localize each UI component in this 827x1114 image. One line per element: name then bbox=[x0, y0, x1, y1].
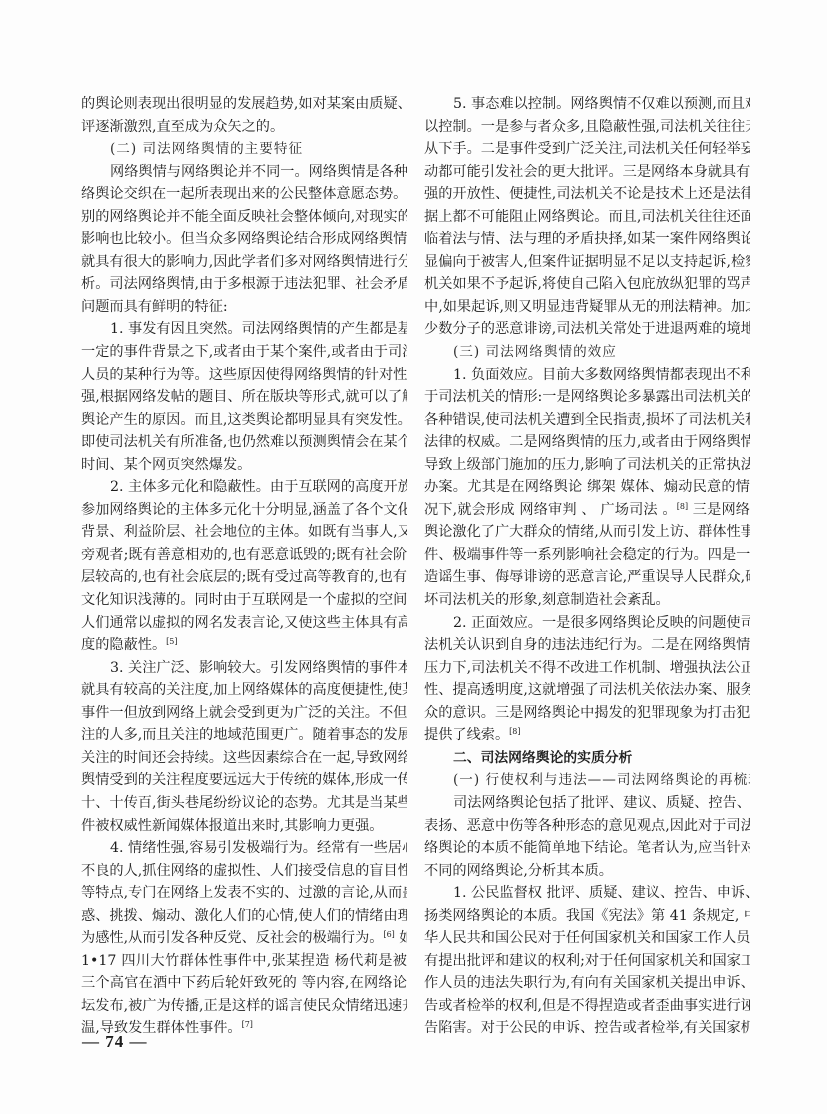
paragraph-last-line: 评逐渐激烈,直至成为众矢之的。 bbox=[81, 116, 407, 139]
line-text: 各种错误,使司法机关遭到全民指责,损坏了司法机关和 bbox=[424, 412, 750, 428]
citation-ref: [7] bbox=[242, 1020, 253, 1029]
text-line: 显偏向于被害人,但案件证据明显不足以支持起诉,检察 bbox=[424, 251, 750, 274]
paragraph-first-line: 3. 关注广泛、影响较大。引发网络舆情的事件本身 bbox=[81, 657, 407, 680]
line-text: 评逐渐激烈,直至成为众矢之的。 bbox=[81, 119, 284, 135]
line-text: 舆论激化了广大群众的情绪,从而引发上访、群体性事 bbox=[424, 524, 750, 540]
line-text: 背景、利益阶层、社会地位的主体。如既有当事人,又有 bbox=[81, 524, 407, 540]
text-line: 关注的时间还会持续。这些因素综合在一起,导致网络 bbox=[81, 747, 407, 770]
text-line: 华人民共和国公民对于任何国家机关和国家工作人员, bbox=[424, 927, 750, 950]
line-text: 就具有较高的关注度,加上网络媒体的高度便捷性,使某 bbox=[81, 682, 407, 698]
text-line: 临着法与情、法与理的矛盾抉择,如某一案件网络舆论明 bbox=[424, 228, 750, 251]
text-line: 就具有较高的关注度,加上网络媒体的高度便捷性,使某 bbox=[81, 679, 407, 702]
section-subheading: (二) 司法网络舆情的主要特征 bbox=[81, 138, 407, 161]
text-line: 等特点,专门在网络上发表不实的、过激的言论,从而蛊 bbox=[81, 882, 407, 905]
line-text: 告或者检举的权利,但是不得捏造或者歪曲事实进行诬 bbox=[424, 998, 750, 1014]
line-text: 4. 情绪性强,容易引发极端行为。经常有一些居心 bbox=[110, 840, 407, 856]
line-text: 临着法与情、法与理的矛盾抉择,如某一案件网络舆论明 bbox=[424, 231, 750, 247]
text-line: 注的人多,而且关注的地域范围更广。随着事态的发展, bbox=[81, 724, 407, 747]
text-line: 于司法机关的情形:一是网络舆论多暴露出司法机关的 bbox=[424, 386, 750, 409]
text-line: 众的意识。三是网络舆论中揭发的犯罪现象为打击犯罪 bbox=[424, 702, 750, 725]
paragraph-first-line: 2. 主体多元化和隐蔽性。由于互联网的高度开放性, bbox=[81, 476, 407, 499]
section-heading: 二、司法网络舆论的实质分析 bbox=[424, 747, 750, 770]
line-text: 参加网络舆论的主体多元化十分明显,涵盖了各个文化 bbox=[81, 502, 407, 518]
right-column: 5. 事态难以控制。网络舆情不仅难以预测,而且难以控制。一是参与者众多,且隐蔽性… bbox=[424, 93, 750, 1040]
text-line: 压力下,司法机关不得不改进工作机制、增强执法公正 bbox=[424, 657, 750, 680]
line-text: 华人民共和国公民对于任何国家机关和国家工作人员, bbox=[424, 930, 750, 946]
citation-ref: [8] bbox=[509, 727, 520, 736]
line-text: 坛发布,被广为传播,正是这样的谣言使民众情绪迅速升 bbox=[81, 998, 407, 1014]
line-text: (一) 行使权利与违法——司法网络舆论的再梳理 bbox=[453, 772, 750, 788]
section-subheading: (三) 司法网络舆情的效应 bbox=[424, 341, 750, 364]
line-text: 作人员的违法失职行为,有向有关国家机关提出申诉、控 bbox=[424, 975, 750, 991]
line-text: 有提出批评和建议的权利;对于任何国家机关和国家工 bbox=[424, 953, 750, 969]
line-text: 二、司法网络舆论的实质分析 bbox=[453, 750, 632, 766]
line-text: 办案。尤其是在网络舆论 绑架 媒体、煽动民意的情 bbox=[424, 479, 750, 495]
text-line: 法律的权威。二是网络舆情的压力,或者由于网络舆情 bbox=[424, 431, 750, 454]
text-line: 据上都不可能阻止网络舆论。而且,司法机关往往还面 bbox=[424, 206, 750, 229]
text-line: 告或者检举的权利,但是不得捏造或者歪曲事实进行诬 bbox=[424, 995, 750, 1018]
citation-ref: [5] bbox=[166, 637, 177, 646]
text-line: 影响也比较小。但当众多网络舆论结合形成网络舆情, bbox=[81, 228, 407, 251]
line-text: 据上都不可能阻止网络舆论。而且,司法机关往往还面 bbox=[424, 209, 750, 225]
line-text: 的舆论则表现出很明显的发展趋势,如对某案由质疑、批 bbox=[81, 96, 407, 112]
line-text: 1. 公民监督权 批评、质疑、建议、控告、申诉、表 bbox=[453, 885, 750, 901]
paragraph-last-line: 度的隐蔽性。[5] bbox=[81, 634, 407, 657]
line-text: 以控制。一是参与者众多,且隐蔽性强,司法机关往往无 bbox=[424, 119, 750, 135]
paragraph-last-line: 不同的网络舆论,分析其本质。 bbox=[424, 860, 750, 883]
line-text: 动都可能引发社会的更大批评。三是网络本身就具有很 bbox=[424, 164, 750, 180]
line-text: 显偏向于被害人,但案件证据明显不足以支持起诉,检察 bbox=[424, 254, 750, 270]
text-line: 中,如果起诉,则又明显违背疑罪从无的刑法精神。加之 bbox=[424, 296, 750, 319]
line-text: 机关如果不予起诉,将使自己陷入包庇放纵犯罪的骂声 bbox=[424, 276, 750, 292]
line-text: 事件一但放到网络上就会受到更为广泛的关注。不但关 bbox=[81, 705, 407, 721]
text-line: 层较高的,也有社会底层的;既有受过高等教育的,也有 bbox=[81, 566, 407, 589]
text-line: 人们通常以虚拟的网名发表言论,又使这些主体具有高 bbox=[81, 612, 407, 635]
line-text: 众的意识。三是网络舆论中揭发的犯罪现象为打击犯罪 bbox=[424, 705, 750, 721]
line-text: 导致上级部门施加的压力,影响了司法机关的正常执法 bbox=[424, 457, 750, 473]
paragraph-first-line: 网络舆情与网络舆论并不同一。网络舆情是各种网 bbox=[81, 161, 407, 184]
text-line: 事件一但放到网络上就会受到更为广泛的关注。不但关 bbox=[81, 702, 407, 725]
line-text: 舆论产生的原因。而且,这类舆论都明显具有突发性。 bbox=[81, 412, 407, 428]
line-text: 1. 负面效应。目前大多数网络舆情都表现出不利 bbox=[453, 367, 750, 383]
paragraph-last-line: 问题而具有鲜明的特征: bbox=[81, 296, 407, 319]
text-line: 强,根据网络发帖的题目、所在版块等形式,就可以了解 bbox=[81, 386, 407, 409]
line-text: 告陷害。对于公民的申诉、控告或者检举,有关国家机关 bbox=[424, 1020, 750, 1036]
line-text: 就具有很大的影响力,因此学者们多对网络舆情进行分 bbox=[81, 254, 407, 270]
text-line: 背景、利益阶层、社会地位的主体。如既有当事人,又有 bbox=[81, 521, 407, 544]
line-text: 表扬、恶意中伤等各种形态的意见观点,因此对于司法网 bbox=[424, 818, 750, 834]
text-line: 作人员的违法失职行为,有向有关国家机关提出申诉、控 bbox=[424, 972, 750, 995]
paragraph-first-line: 司法网络舆论包括了批评、建议、质疑、控告、申诉、 bbox=[424, 792, 750, 815]
text-line: 即使司法机关有所准备,也仍然难以预测舆情会在某个 bbox=[81, 431, 407, 454]
text-line: 不良的人,抓住网络的虚拟性、人们接受信息的盲目性 bbox=[81, 860, 407, 883]
line-text: 为感性,从而引发各种反党、反社会的极端行为。[6] 如在 bbox=[81, 930, 407, 946]
line-text: 性、提高透明度,这就增强了司法机关依法办案、服务群 bbox=[424, 682, 750, 698]
line-text: 件、极端事件等一系列影响社会稳定的行为。四是一些 bbox=[424, 547, 750, 563]
paragraph-last-line: 坏司法机关的形象,刻意制造社会紊乱。 bbox=[424, 589, 750, 612]
line-text: 人员的某种行为等。这些原因使得网络舆情的针对性很 bbox=[81, 367, 407, 383]
line-text: 不同的网络舆论,分析其本质。 bbox=[424, 863, 613, 879]
text-line: 性、提高透明度,这就增强了司法机关依法办案、服务群 bbox=[424, 679, 750, 702]
text-line: 动都可能引发社会的更大批评。三是网络本身就具有很 bbox=[424, 161, 750, 184]
line-text: 一定的事件背景之下,或者由于某个案件,或者由于司法 bbox=[81, 344, 407, 360]
text-line: 参加网络舆论的主体多元化十分明显,涵盖了各个文化 bbox=[81, 499, 407, 522]
line-text: 2. 主体多元化和隐蔽性。由于互联网的高度开放性, bbox=[110, 479, 407, 495]
text-line: 1•17 四川大竹群体性事件中,张某捏造 杨代莉是被 bbox=[81, 950, 407, 973]
line-text: 法律的权威。二是网络舆情的压力,或者由于网络舆情 bbox=[424, 434, 750, 450]
line-text: 扬类网络舆论的本质。我国《宪法》第 41 条规定, 中 bbox=[424, 908, 750, 924]
line-text: 1•17 四川大竹群体性事件中,张某捏造 杨代莉是被 bbox=[81, 953, 407, 969]
line-text: 时间、某个网页突然爆发。 bbox=[81, 457, 251, 473]
text-line: 文化知识浅薄的。同时由于互联网是一个虚拟的空间, bbox=[81, 589, 407, 612]
line-text: 中,如果起诉,则又明显违背疑罪从无的刑法精神。加之 bbox=[424, 299, 750, 315]
line-text: 人们通常以虚拟的网名发表言论,又使这些主体具有高 bbox=[81, 615, 407, 631]
text-line: 法机关认识到自身的违法违纪行为。二是在网络舆情的 bbox=[424, 634, 750, 657]
paragraph-first-line: 1. 负面效应。目前大多数网络舆情都表现出不利 bbox=[424, 364, 750, 387]
line-text: 十、十传百,街头巷尾纷纷议论的态势。尤其是当某些事 bbox=[81, 795, 407, 811]
paragraph-first-line: 5. 事态难以控制。网络舆情不仅难以预测,而且难 bbox=[424, 93, 750, 116]
line-text: 司法网络舆论包括了批评、建议、质疑、控告、申诉、 bbox=[453, 795, 750, 811]
line-text: 文化知识浅薄的。同时由于互联网是一个虚拟的空间, bbox=[81, 592, 407, 608]
text-line: 舆论产生的原因。而且,这类舆论都明显具有突发性。 bbox=[81, 409, 407, 432]
line-text: (三) 司法网络舆情的效应 bbox=[453, 344, 617, 360]
text-line: 舆情受到的关注程度要远远大于传统的媒体,形成一传 bbox=[81, 769, 407, 792]
line-text: 法机关认识到自身的违法违纪行为。二是在网络舆情的 bbox=[424, 637, 750, 653]
line-text: 问题而具有鲜明的特征: bbox=[81, 299, 228, 315]
text-line: 就具有很大的影响力,因此学者们多对网络舆情进行分 bbox=[81, 251, 407, 274]
text-line: 从下手。二是事件受到广泛关注,司法机关任何轻举妄 bbox=[424, 138, 750, 161]
section-subheading: (一) 行使权利与违法——司法网络舆论的再梳理 bbox=[424, 769, 750, 792]
line-text: 强的开放性、便捷性,司法机关不论是技术上还是法律依 bbox=[424, 186, 750, 202]
line-text: 压力下,司法机关不得不改进工作机制、增强执法公正 bbox=[424, 660, 750, 676]
paragraph-first-line: 1. 事发有因且突然。司法网络舆情的产生都是基于 bbox=[81, 318, 407, 341]
line-text: 网络舆情与网络舆论并不同一。网络舆情是各种网 bbox=[110, 164, 407, 180]
line-text: 于司法机关的情形:一是网络舆论多暴露出司法机关的 bbox=[424, 389, 750, 405]
line-text: 1. 事发有因且突然。司法网络舆情的产生都是基于 bbox=[110, 321, 407, 337]
line-text: 提供了线索。 bbox=[424, 727, 509, 743]
text-line: 表扬、恶意中伤等各种形态的意见观点,因此对于司法网 bbox=[424, 815, 750, 838]
line-text: 少数分子的恶意诽谤,司法机关常处于进退两难的境地。 bbox=[424, 321, 750, 337]
line-text: 影响也比较小。但当众多网络舆论结合形成网络舆情, bbox=[81, 231, 407, 247]
text-line: 别的网络舆论并不能全面反映社会整体倾向,对现实的 bbox=[81, 206, 407, 229]
left-column: 的舆论则表现出很明显的发展趋势,如对某案由质疑、批评逐渐激烈,直至成为众矢之的。… bbox=[81, 93, 407, 1040]
text-line: 惑、挑拨、煽动、激化人们的心情,使人们的情绪由理性转 bbox=[81, 905, 407, 928]
text-line: 十、十传百,街头巷尾纷纷议论的态势。尤其是当某些事 bbox=[81, 792, 407, 815]
text-line: 一定的事件背景之下,或者由于某个案件,或者由于司法 bbox=[81, 341, 407, 364]
text-line: 的舆论则表现出很明显的发展趋势,如对某案由质疑、批 bbox=[81, 93, 407, 116]
text-line: 扬类网络舆论的本质。我国《宪法》第 41 条规定, 中 bbox=[424, 905, 750, 928]
text-line: 少数分子的恶意诽谤,司法机关常处于进退两难的境地。 bbox=[424, 318, 750, 341]
paragraph-last-line: 时间、某个网页突然爆发。 bbox=[81, 454, 407, 477]
line-text: 5. 事态难以控制。网络舆情不仅难以预测,而且难 bbox=[453, 96, 750, 112]
text-line: 件、极端事件等一系列影响社会稳定的行为。四是一些 bbox=[424, 544, 750, 567]
text-line: 办案。尤其是在网络舆论 绑架 媒体、煽动民意的情 bbox=[424, 476, 750, 499]
text-line: 告陷害。对于公民的申诉、控告或者检举,有关国家机关 bbox=[424, 1017, 750, 1040]
text-line: 络舆论的本质不能简单地下结论。笔者认为,应当针对 bbox=[424, 837, 750, 860]
line-text: 即使司法机关有所准备,也仍然难以预测舆情会在某个 bbox=[81, 434, 407, 450]
text-line: 以控制。一是参与者众多,且隐蔽性强,司法机关往往无 bbox=[424, 116, 750, 139]
line-text: 惑、挑拨、煽动、激化人们的心情,使人们的情绪由理性转 bbox=[81, 908, 407, 924]
line-text: 度的隐蔽性。 bbox=[81, 637, 166, 653]
line-text: 件被权威性新闻媒体报道出来时,其影响力更强。 bbox=[81, 818, 383, 834]
paragraph-first-line: 2. 正面效应。一是很多网络舆论反映的问题使司 bbox=[424, 612, 750, 635]
line-text: 注的人多,而且关注的地域范围更广。随着事态的发展, bbox=[81, 727, 407, 743]
line-text: 关注的时间还会持续。这些因素综合在一起,导致网络 bbox=[81, 750, 407, 766]
text-line: 旁观者;既有善意相劝的,也有恶意诋毁的;既有社会阶 bbox=[81, 544, 407, 567]
citation-ref: [8] bbox=[677, 502, 688, 511]
line-text: 强,根据网络发帖的题目、所在版块等形式,就可以了解 bbox=[81, 389, 407, 405]
citation-ref: [6] bbox=[383, 930, 394, 939]
line-text: 等特点,专门在网络上发表不实的、过激的言论,从而蛊 bbox=[81, 885, 407, 901]
line-text: 别的网络舆论并不能全面反映社会整体倾向,对现实的 bbox=[81, 209, 407, 225]
paragraph-last-line: 件被权威性新闻媒体报道出来时,其影响力更强。 bbox=[81, 815, 407, 838]
text-line: 坛发布,被广为传播,正是这样的谣言使民众情绪迅速升 bbox=[81, 995, 407, 1018]
line-text: 造谣生事、侮辱诽谤的恶意言论,严重误导人民群众,破 bbox=[424, 569, 750, 585]
paragraph-first-line: 1. 公民监督权 批评、质疑、建议、控告、申诉、表 bbox=[424, 882, 750, 905]
text-line: 况下,就会形成 网络审判 、 广场司法 。[8] 三是网络 bbox=[424, 499, 750, 522]
line-text: 三个高官在酒中下药后轮奸致死的 等内容,在网络论 bbox=[81, 975, 407, 991]
text-line: 导致上级部门施加的压力,影响了司法机关的正常执法 bbox=[424, 454, 750, 477]
text-line: 络舆论交织在一起所表现出来的公民整体意愿态势。个 bbox=[81, 183, 407, 206]
line-text: 旁观者;既有善意相劝的,也有恶意诋毁的;既有社会阶 bbox=[81, 547, 407, 563]
line-text: 从下手。二是事件受到广泛关注,司法机关任何轻举妄 bbox=[424, 141, 750, 157]
line-text: 2. 正面效应。一是很多网络舆论反映的问题使司 bbox=[453, 615, 750, 631]
line-text: 络舆论交织在一起所表现出来的公民整体意愿态势。个 bbox=[81, 186, 407, 202]
text-line: 舆论激化了广大群众的情绪,从而引发上访、群体性事 bbox=[424, 521, 750, 544]
text-line: 造谣生事、侮辱诽谤的恶意言论,严重误导人民群众,破 bbox=[424, 566, 750, 589]
text-line: 各种错误,使司法机关遭到全民指责,损坏了司法机关和 bbox=[424, 409, 750, 432]
paragraph-last-line: 提供了线索。[8] bbox=[424, 724, 750, 747]
line-text: 况下,就会形成 网络审判 、 广场司法 。[8] 三是网络 bbox=[424, 502, 750, 518]
line-text: 坏司法机关的形象,刻意制造社会紊乱。 bbox=[424, 592, 670, 608]
line-text: (二) 司法网络舆情的主要特征 bbox=[110, 141, 303, 157]
text-line: 人员的某种行为等。这些原因使得网络舆情的针对性很 bbox=[81, 364, 407, 387]
line-text: 析。司法网络舆情,由于多根源于违法犯罪、社会矛盾等 bbox=[81, 276, 407, 292]
text-line: 强的开放性、便捷性,司法机关不论是技术上还是法律依 bbox=[424, 183, 750, 206]
text-line: 有提出批评和建议的权利;对于任何国家机关和国家工 bbox=[424, 950, 750, 973]
text-line: 机关如果不予起诉,将使自己陷入包庇放纵犯罪的骂声 bbox=[424, 273, 750, 296]
line-text: 舆情受到的关注程度要远远大于传统的媒体,形成一传 bbox=[81, 772, 407, 788]
page-number: — 74 — bbox=[82, 1032, 148, 1052]
line-text: 3. 关注广泛、影响较大。引发网络舆情的事件本身 bbox=[110, 660, 407, 676]
text-line: 为感性,从而引发各种反党、反社会的极端行为。[6] 如在 bbox=[81, 927, 407, 950]
paragraph-first-line: 4. 情绪性强,容易引发极端行为。经常有一些居心 bbox=[81, 837, 407, 860]
line-text: 络舆论的本质不能简单地下结论。笔者认为,应当针对 bbox=[424, 840, 750, 856]
line-text: 层较高的,也有社会底层的;既有受过高等教育的,也有 bbox=[81, 569, 407, 585]
text-line: 析。司法网络舆情,由于多根源于违法犯罪、社会矛盾等 bbox=[81, 273, 407, 296]
line-text: 不良的人,抓住网络的虚拟性、人们接受信息的盲目性 bbox=[81, 863, 407, 879]
text-line: 三个高官在酒中下药后轮奸致死的 等内容,在网络论 bbox=[81, 972, 407, 995]
